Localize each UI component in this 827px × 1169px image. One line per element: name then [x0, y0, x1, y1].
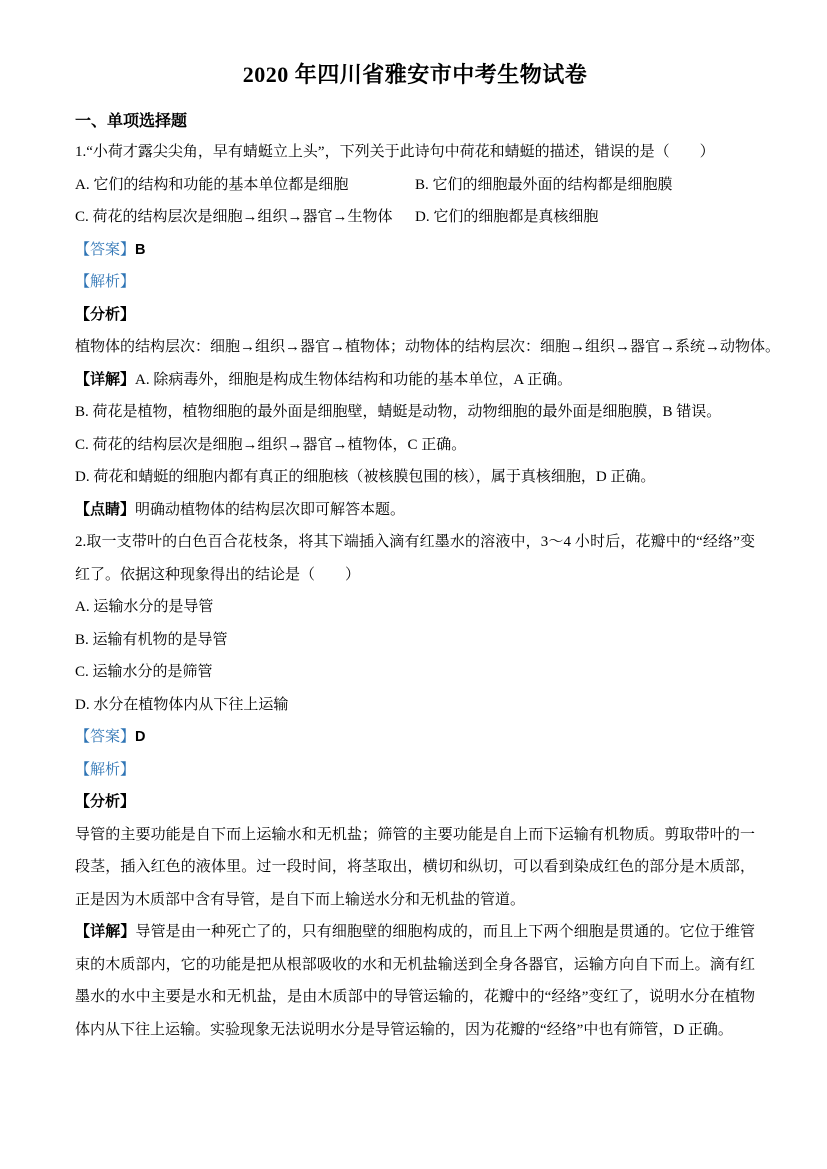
question-2-detail-paragraph: 【详解】导管是由一种死亡了的，只有细胞壁的细胞构成的，而且上下两个细胞是贯通的。…: [75, 916, 755, 1046]
question-1-answer-value: B: [135, 242, 145, 258]
question-1-detail-line-c: C. 荷花的结构层次是细胞→组织→器官→植物体，C 正确。: [75, 429, 755, 462]
explanation-label: 【解析】: [75, 762, 135, 778]
question-1-analysis-label-line: 【分析】: [75, 299, 755, 332]
question-2-explanation-line: 【解析】: [75, 754, 755, 787]
answer-label: 【答案】: [75, 242, 135, 258]
question-2-option-c: C. 运输水分的是筛管: [75, 656, 755, 689]
highlight-label: 【点睛】: [75, 502, 135, 518]
question-2-analysis-label-line: 【分析】: [75, 786, 755, 819]
question-2-answer-value: D: [135, 729, 145, 745]
detail-label: 【详解】: [75, 924, 135, 940]
question-2-stem: 2.取一支带叶的白色百合花枝条，将其下端插入滴有红墨水的溶液中，3～4 小时后，…: [75, 526, 755, 591]
question-1-explanation-line: 【解析】: [75, 266, 755, 299]
question-1-option-c: C. 荷花的结构层次是细胞→组织→器官→生物体: [75, 201, 415, 234]
analysis-label: 【分析】: [75, 794, 135, 810]
document-title: 2020 年四川省雅安市中考生物试卷: [75, 60, 755, 90]
question-1-highlight-line: 【点睛】明确动植物体的结构层次即可解答本题。: [75, 494, 755, 527]
question-2-detail-text: 导管是由一种死亡了的，只有细胞壁的细胞构成的，而且上下两个细胞是贯通的。它位于维…: [75, 924, 755, 1038]
question-1-option-d: D. 它们的细胞都是真核细胞: [415, 201, 755, 234]
question-2-option-d: D. 水分在植物体内从下往上运输: [75, 689, 755, 722]
question-1-detail-line-d: D. 荷花和蜻蜓的细胞内都有真正的细胞核（被核膜包围的核），属于真核细胞，D 正…: [75, 461, 755, 494]
question-1-detail-intro-text: A. 除病毒外，细胞是构成生物体结构和功能的基本单位，A 正确。: [135, 372, 572, 388]
detail-label: 【详解】: [75, 372, 135, 388]
question-2-analysis-text: 导管的主要功能是自下而上运输水和无机盐；筛管的主要功能是自上而下运输有机物质。剪…: [75, 819, 755, 917]
question-2: 2.取一支带叶的白色百合花枝条，将其下端插入滴有红墨水的溶液中，3～4 小时后，…: [75, 526, 755, 1046]
question-2-option-b: B. 运输有机物的是导管: [75, 624, 755, 657]
question-1-option-b: B. 它们的细胞最外面的结构都是细胞膜: [415, 169, 755, 202]
question-1-options: A. 它们的结构和功能的基本单位都是细胞 B. 它们的细胞最外面的结构都是细胞膜…: [75, 169, 755, 234]
question-1-detail-line-b: B. 荷花是植物，植物细胞的最外面是细胞壁，蜻蜓是动物，动物细胞的最外面是细胞膜…: [75, 396, 755, 429]
question-1-highlight-text: 明确动植物体的结构层次即可解答本题。: [135, 502, 405, 518]
section-heading: 一、单项选择题: [75, 108, 755, 136]
question-1-stem: 1.“小荷才露尖尖角，早有蜻蜓立上头”，下列关于此诗句中荷花和蜻蜓的描述，错误的…: [75, 136, 755, 169]
question-2-option-a: A. 运输水分的是导管: [75, 591, 755, 624]
question-1-analysis-text: 植物体的结构层次：细胞→组织→器官→植物体；动物体的结构层次：细胞→组织→器官→…: [75, 331, 755, 364]
analysis-label: 【分析】: [75, 307, 135, 323]
question-2-answer-line: 【答案】D: [75, 721, 755, 754]
explanation-label: 【解析】: [75, 274, 135, 290]
exam-document-page: 2020 年四川省雅安市中考生物试卷 一、单项选择题 1.“小荷才露尖尖角，早有…: [0, 0, 827, 1169]
question-1-option-a: A. 它们的结构和功能的基本单位都是细胞: [75, 169, 415, 202]
answer-label: 【答案】: [75, 729, 135, 745]
question-1: 1.“小荷才露尖尖角，早有蜻蜓立上头”，下列关于此诗句中荷花和蜻蜓的描述，错误的…: [75, 136, 755, 526]
document-content: 2020 年四川省雅安市中考生物试卷 一、单项选择题 1.“小荷才露尖尖角，早有…: [0, 60, 827, 1046]
question-1-answer-line: 【答案】B: [75, 234, 755, 267]
question-1-detail-line-a: 【详解】A. 除病毒外，细胞是构成生物体结构和功能的基本单位，A 正确。: [75, 364, 755, 397]
